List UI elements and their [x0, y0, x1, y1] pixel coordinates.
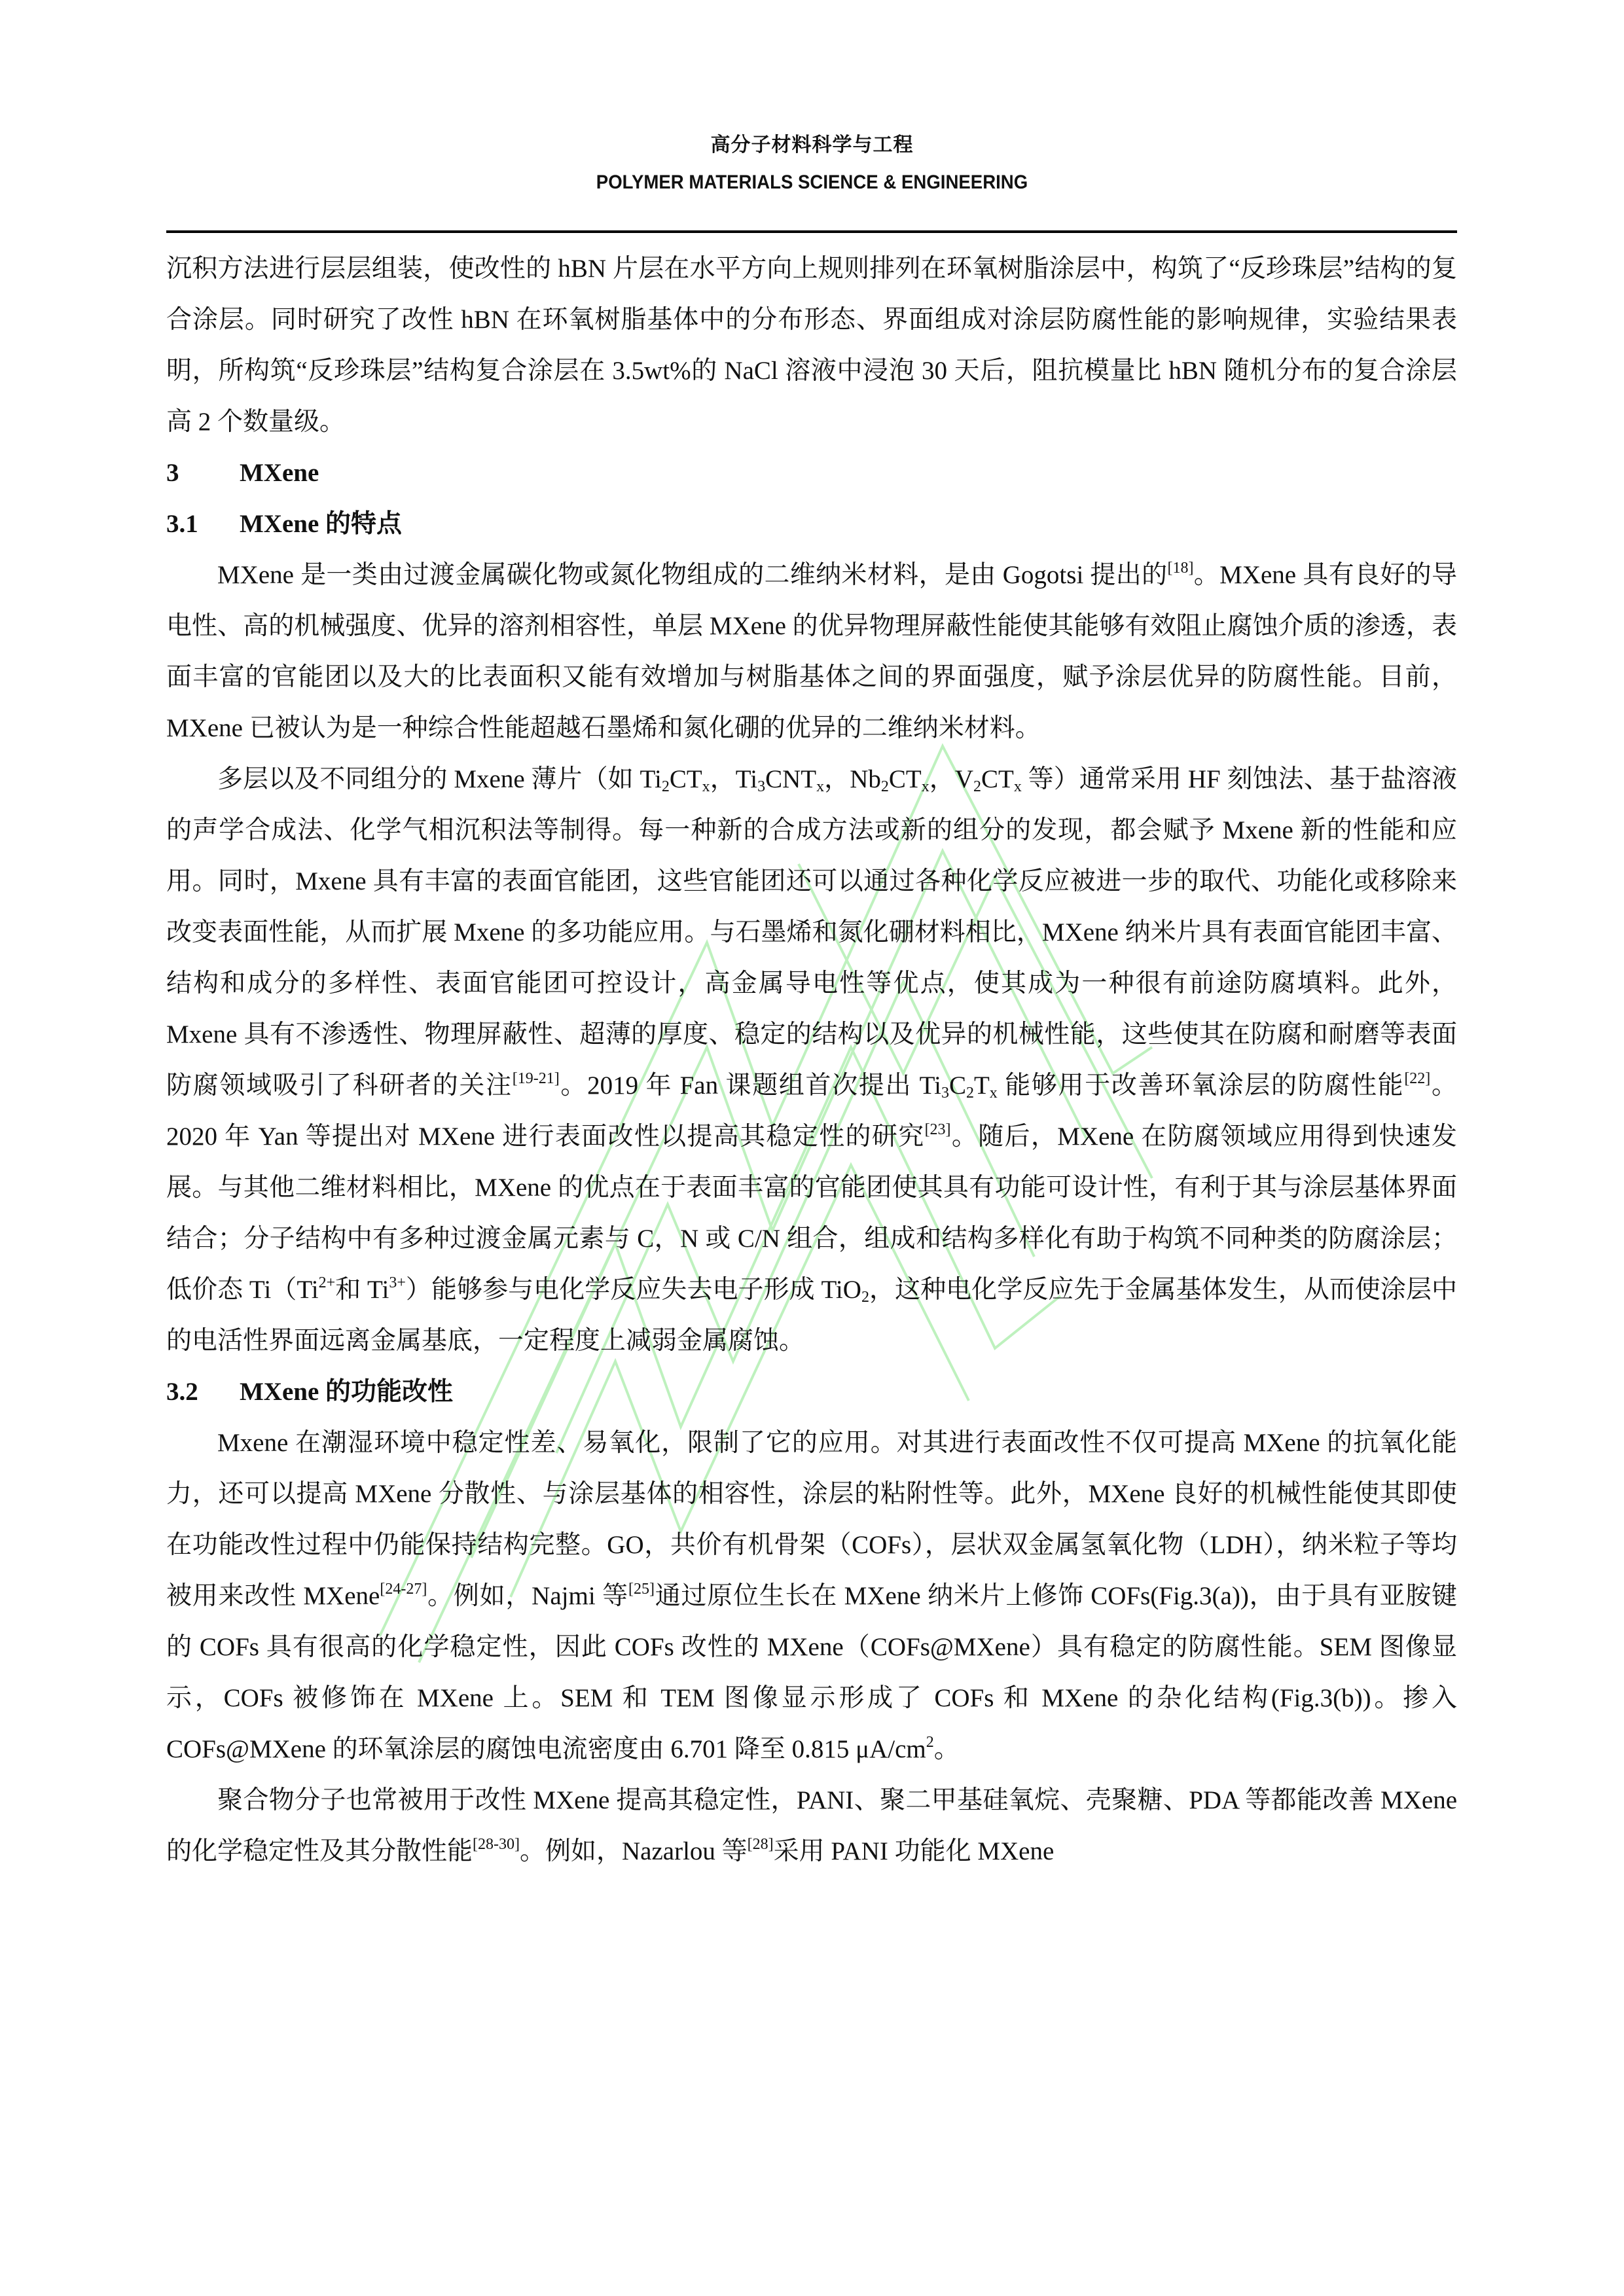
- subscript: 3: [757, 778, 765, 795]
- citation: [22]: [1404, 1070, 1430, 1087]
- paragraph-continued: 沉积方法进行层层组装，使改性的 hBN 片层在水平方向上规则排列在环氧树脂涂层中…: [166, 243, 1457, 448]
- paragraph-text: CNT: [765, 765, 816, 793]
- paragraph-text: 采用 PANI 功能化 MXene: [774, 1837, 1055, 1865]
- paragraph-text: 多层以及不同组分的 Mxene 薄片（如 Ti: [217, 765, 662, 793]
- paragraph-text: C: [949, 1071, 966, 1100]
- paragraph-text: ，V: [929, 765, 973, 793]
- paragraph-mxene-synthesis: 多层以及不同组分的 Mxene 薄片（如 Ti2CTx，Ti3CNTx，Nb2C…: [166, 754, 1457, 1367]
- paragraph-text: CT: [889, 765, 922, 793]
- superscript: 2+: [319, 1274, 336, 1291]
- article-body: 沉积方法进行层层组装，使改性的 hBN 片层在水平方向上规则排列在环氧树脂涂层中…: [166, 243, 1457, 1877]
- paragraph-text: T: [974, 1071, 990, 1100]
- paragraph-text: 等）通常采用 HF 刻蚀法、基于盐溶液的声学合成法、化学气相沉积法等制得。每一种…: [166, 765, 1457, 1100]
- citation: [25]: [628, 1581, 655, 1598]
- superscript: 3+: [389, 1274, 406, 1291]
- subscript: x: [922, 778, 929, 795]
- paragraph-text: CT: [670, 765, 702, 793]
- paragraph-text: ，Ti: [710, 765, 757, 793]
- subscript: x: [1014, 778, 1022, 795]
- paragraph-text: 。例如，Nazarlou 等: [520, 1837, 748, 1865]
- paragraph-text: 和 Ti: [335, 1276, 389, 1304]
- section-number: 3.2: [166, 1367, 240, 1418]
- paragraph-text: 沉积方法进行层层组装，使改性的 hBN 片层在水平方向上规则排列在环氧树脂涂层中…: [166, 255, 1457, 436]
- paragraph-text: 。2019 年 Fan 课题组首次提出 Ti: [560, 1071, 941, 1100]
- section-number: 3: [166, 448, 240, 499]
- paragraph-text: 。: [934, 1735, 960, 1763]
- subscript: 2: [881, 778, 889, 795]
- paragraph-text: ）能够参与电化学反应失去电子形成 TiO: [406, 1276, 861, 1304]
- superscript: 2: [926, 1734, 934, 1751]
- subscript: x: [990, 1085, 998, 1102]
- paragraph-text: 能够用于改善环氧涂层的防腐性能: [998, 1071, 1405, 1100]
- citation: [19-21]: [513, 1070, 560, 1087]
- section-heading-3: 3MXene: [166, 448, 1457, 499]
- section-title: MXene 的功能改性: [240, 1378, 453, 1406]
- subscript: x: [816, 778, 824, 795]
- paragraph-text: ，Nb: [824, 765, 881, 793]
- citation: [23]: [925, 1121, 951, 1138]
- paragraph-mxene-modification: Mxene 在潮湿环境中稳定性差、易氧化，限制了它的应用。对其进行表面改性不仅可…: [166, 1418, 1457, 1775]
- subscript: 2: [861, 1289, 869, 1306]
- citation: [28-30]: [473, 1836, 520, 1853]
- section-number: 3.1: [166, 499, 240, 550]
- section-title: MXene: [240, 459, 319, 487]
- journal-title-en: POLYMER MATERIALS SCIENCE & ENGINEERING: [65, 171, 1559, 194]
- citation: [24-27]: [380, 1581, 427, 1598]
- paragraph-text: MXene 是一类由过渡金属碳化物或氮化物组成的二维纳米材料，是由 Gogots…: [217, 561, 1167, 589]
- paragraph-mxene-intro: MXene 是一类由过渡金属碳化物或氮化物组成的二维纳米材料，是由 Gogots…: [166, 550, 1457, 754]
- subscript: x: [702, 778, 710, 795]
- subscript: 2: [973, 778, 981, 795]
- paragraph-text: 。例如，Najmi 等: [427, 1582, 628, 1610]
- header-divider: [166, 230, 1457, 233]
- paragraph-text: CT: [981, 765, 1014, 793]
- journal-title-cn: 高分子材料科学与工程: [0, 128, 1624, 157]
- subscript: 3: [941, 1085, 949, 1102]
- paragraph-polymer-modification: 聚合物分子也常被用于改性 MXene 提高其稳定性，PANI、聚二甲基硅氧烷、壳…: [166, 1775, 1457, 1877]
- subscript: 2: [662, 778, 670, 795]
- citation: [18]: [1167, 560, 1193, 577]
- section-heading-3-1: 3.1MXene 的特点: [166, 499, 1457, 550]
- section-heading-3-2: 3.2MXene 的功能改性: [166, 1367, 1457, 1418]
- subscript: 2: [966, 1085, 974, 1102]
- section-title: MXene 的特点: [240, 510, 402, 538]
- citation: [28]: [748, 1836, 774, 1853]
